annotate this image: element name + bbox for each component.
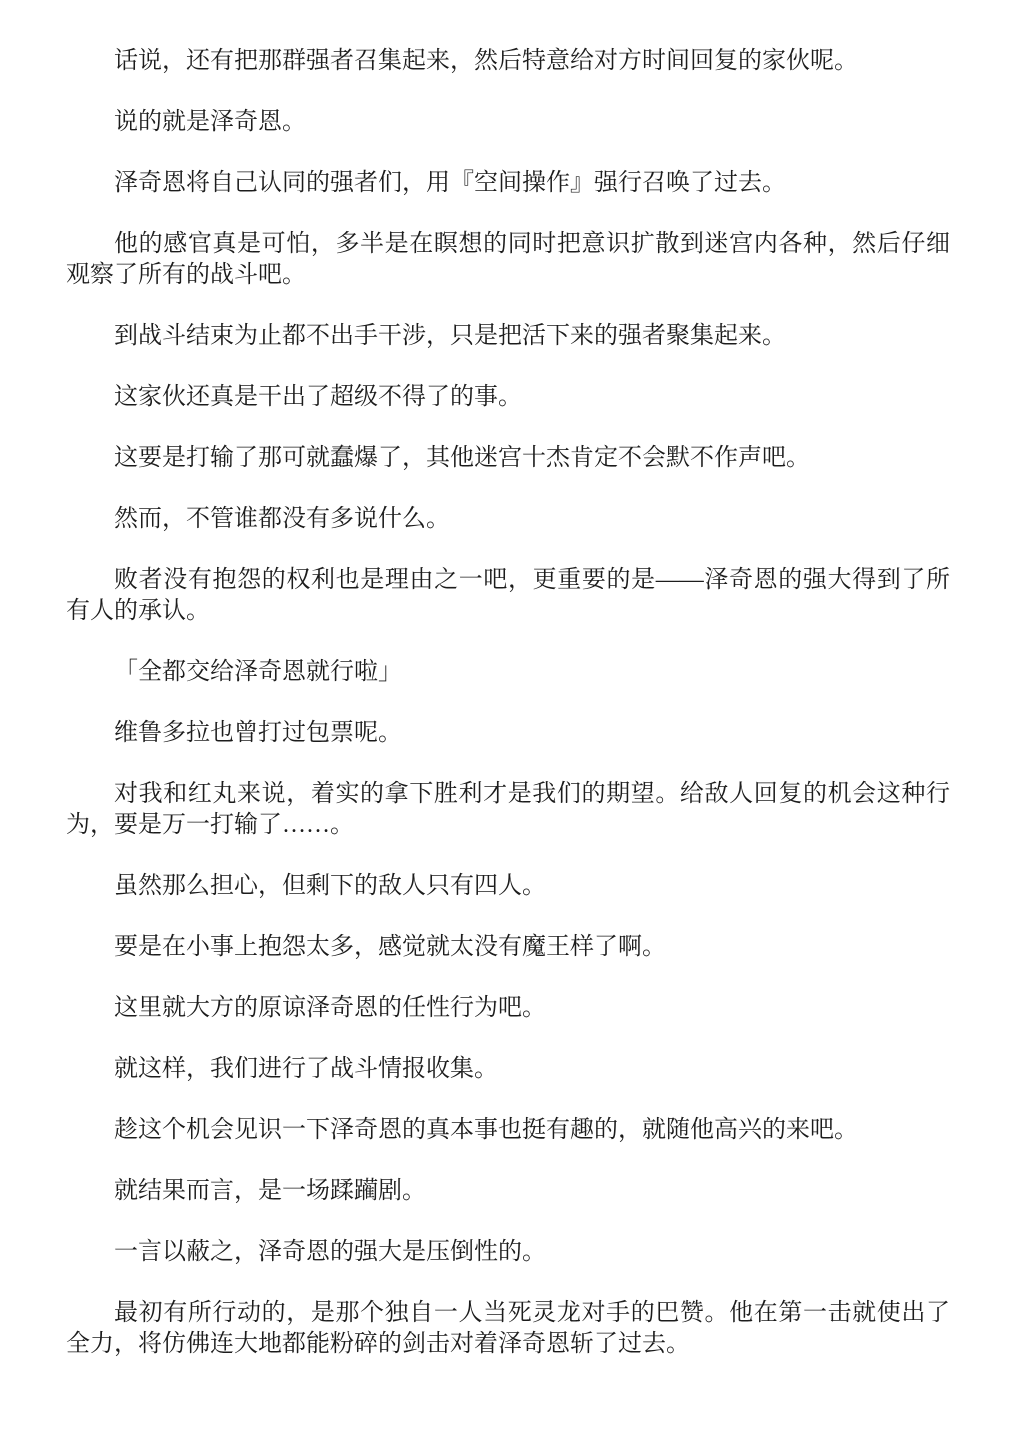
- paragraph: 这里就大方的原谅泽奇恩的任性行为吧。: [66, 993, 950, 1024]
- paragraph: 败者没有抱怨的权利也是理由之一吧，更重要的是——泽奇恩的强大得到了所有人的承认。: [66, 565, 950, 627]
- paragraph: 这家伙还真是干出了超级不得了的事。: [66, 382, 950, 413]
- paragraph: 这要是打输了那可就蠢爆了，其他迷宫十杰肯定不会默不作声吧。: [66, 443, 950, 474]
- paragraph: 泽奇恩将自己认同的强者们，用『空间操作』强行召唤了过去。: [66, 168, 950, 199]
- paragraph: 话说，还有把那群强者召集起来，然后特意给对方时间回复的家伙呢。: [66, 46, 950, 77]
- paragraph: 就这样，我们进行了战斗情报收集。: [66, 1054, 950, 1085]
- paragraph: 「全都交给泽奇恩就行啦」: [66, 657, 950, 688]
- page-content: 话说，还有把那群强者召集起来，然后特意给对方时间回复的家伙呢。说的就是泽奇恩。泽…: [66, 46, 950, 1360]
- paragraph: 对我和红丸来说，着实的拿下胜利才是我们的期望。给敌人回复的机会这种行为，要是万一…: [66, 779, 950, 841]
- paragraph: 最初有所行动的，是那个独自一人当死灵龙对手的巴赞。他在第一击就使出了全力，将仿佛…: [66, 1298, 950, 1360]
- paragraph: 然而，不管谁都没有多说什么。: [66, 504, 950, 535]
- paragraph: 说的就是泽奇恩。: [66, 107, 950, 138]
- paragraph: 趁这个机会见识一下泽奇恩的真本事也挺有趣的，就随他高兴的来吧。: [66, 1115, 950, 1146]
- paragraph: 虽然那么担心，但剩下的敌人只有四人。: [66, 871, 950, 902]
- paragraph: 一言以蔽之，泽奇恩的强大是压倒性的。: [66, 1237, 950, 1268]
- paragraph: 他的感官真是可怕，多半是在瞑想的同时把意识扩散到迷宫内各种，然后仔细观察了所有的…: [66, 229, 950, 291]
- document-page: 话说，还有把那群强者召集起来，然后特意给对方时间回复的家伙呢。说的就是泽奇恩。泽…: [0, 0, 1017, 1437]
- paragraph: 维鲁多拉也曾打过包票呢。: [66, 718, 950, 749]
- paragraph: 要是在小事上抱怨太多，感觉就太没有魔王样了啊。: [66, 932, 950, 963]
- paragraph: 就结果而言，是一场蹂躏剧。: [66, 1176, 950, 1207]
- paragraph: 到战斗结束为止都不出手干涉，只是把活下来的强者聚集起来。: [66, 321, 950, 352]
